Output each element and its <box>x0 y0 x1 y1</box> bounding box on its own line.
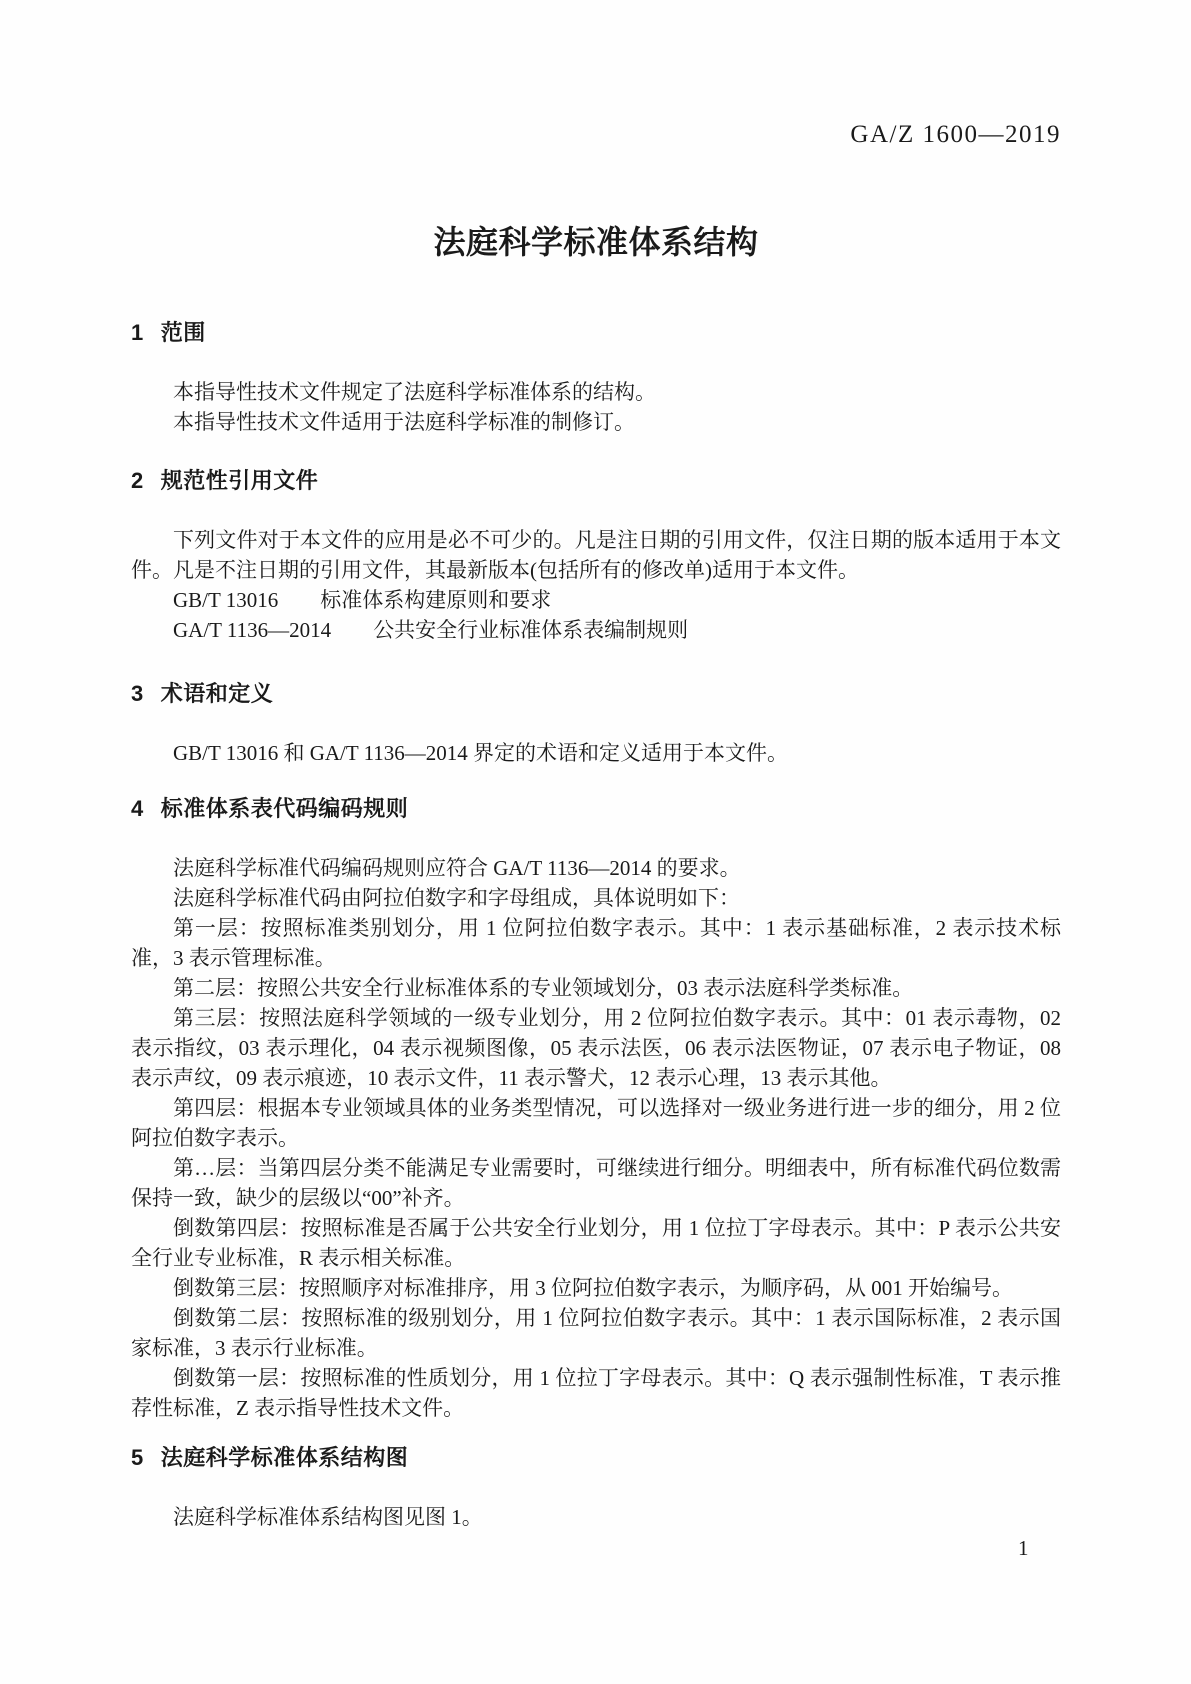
paragraph: 法庭科学标准代码由阿拉伯数字和字母组成，具体说明如下： <box>131 883 1061 913</box>
reference-item: GB/T 13016 标准体系构建原则和要求 <box>131 585 1061 615</box>
document-page: GA/Z 1600—2019 法庭科学标准体系结构 1范围 本指导性技术文件规定… <box>0 0 1191 1684</box>
section-structure-diagram-title: 法庭科学标准体系结构图 <box>161 1445 409 1470</box>
paragraph: 倒数第四层：按照标准是否属于公共安全行业划分，用 1 位拉丁字母表示。其中：P … <box>131 1213 1061 1273</box>
page-content: GA/Z 1600—2019 法庭科学标准体系结构 1范围 本指导性技术文件规定… <box>131 0 1061 1684</box>
paragraph: 倒数第一层：按照标准的性质划分，用 1 位拉丁字母表示。其中：Q 表示强制性标准… <box>131 1363 1061 1423</box>
section-normative-references-heading: 2规范性引用文件 <box>131 466 1061 496</box>
section-code-rules-title: 标准体系表代码编码规则 <box>161 796 409 821</box>
paragraph: 第一层：按照标准类别划分，用 1 位阿拉伯数字表示。其中：1 表示基础标准，2 … <box>131 913 1061 973</box>
reference-item: GA/T 1136—2014 公共安全行业标准体系表编制规则 <box>131 615 1061 645</box>
section-code-rules-number: 4 <box>131 794 144 824</box>
paragraph: 本指导性技术文件适用于法庭科学标准的制修订。 <box>131 407 1061 437</box>
paragraph: 本指导性技术文件规定了法庭科学标准体系的结构。 <box>131 377 1061 407</box>
paragraph: 第二层：按照公共安全行业标准体系的专业领域划分，03 表示法庭科学类标准。 <box>131 973 1061 1003</box>
paragraph: 第四层：根据本专业领域具体的业务类型情况，可以选择对一级业务进行进一步的细分，用… <box>131 1093 1061 1153</box>
paragraph: 法庭科学标准代码编码规则应符合 GA/T 1136—2014 的要求。 <box>131 853 1061 883</box>
section-terms-definitions-number: 3 <box>131 679 144 709</box>
section-scope-heading: 1范围 <box>131 318 1061 348</box>
section-code-rules: 4标准体系表代码编码规则 法庭科学标准代码编码规则应符合 GA/T 1136—2… <box>131 794 1061 1423</box>
paragraph: GB/T 13016 和 GA/T 1136—2014 界定的术语和定义适用于本… <box>131 738 1061 768</box>
section-scope: 1范围 本指导性技术文件规定了法庭科学标准体系的结构。 本指导性技术文件适用于法… <box>131 318 1061 437</box>
section-code-rules-heading: 4标准体系表代码编码规则 <box>131 794 1061 824</box>
section-normative-references: 2规范性引用文件 下列文件对于本文件的应用是必不可少的。凡是注日期的引用文件，仅… <box>131 466 1061 645</box>
section-structure-diagram: 5法庭科学标准体系结构图 法庭科学标准体系结构图见图 1。 <box>131 1443 1061 1532</box>
paragraph: 倒数第二层：按照标准的级别划分，用 1 位阿拉伯数字表示。其中：1 表示国际标准… <box>131 1303 1061 1363</box>
section-scope-number: 1 <box>131 318 144 348</box>
section-normative-references-number: 2 <box>131 466 144 496</box>
page-number: 1 <box>1018 1535 1029 1561</box>
section-scope-title: 范围 <box>161 320 206 345</box>
paragraph: 法庭科学标准体系结构图见图 1。 <box>131 1502 1061 1532</box>
section-terms-definitions-title: 术语和定义 <box>161 681 274 706</box>
section-structure-diagram-number: 5 <box>131 1443 144 1473</box>
section-structure-diagram-heading: 5法庭科学标准体系结构图 <box>131 1443 1061 1473</box>
section-terms-definitions: 3术语和定义 GB/T 13016 和 GA/T 1136—2014 界定的术语… <box>131 679 1061 768</box>
paragraph: 第…层：当第四层分类不能满足专业需要时，可继续进行细分。明细表中，所有标准代码位… <box>131 1153 1061 1213</box>
section-terms-definitions-heading: 3术语和定义 <box>131 679 1061 709</box>
doc-number: GA/Z 1600—2019 <box>850 121 1061 149</box>
section-normative-references-title: 规范性引用文件 <box>161 468 319 493</box>
paragraph: 下列文件对于本文件的应用是必不可少的。凡是注日期的引用文件，仅注日期的版本适用于… <box>131 525 1061 585</box>
paragraph: 倒数第三层：按照顺序对标准排序，用 3 位阿拉伯数字表示，为顺序码，从 001 … <box>131 1273 1061 1303</box>
paragraph: 第三层：按照法庭科学领域的一级专业划分，用 2 位阿拉伯数字表示。其中：01 表… <box>131 1003 1061 1093</box>
document-title: 法庭科学标准体系结构 <box>131 222 1061 262</box>
